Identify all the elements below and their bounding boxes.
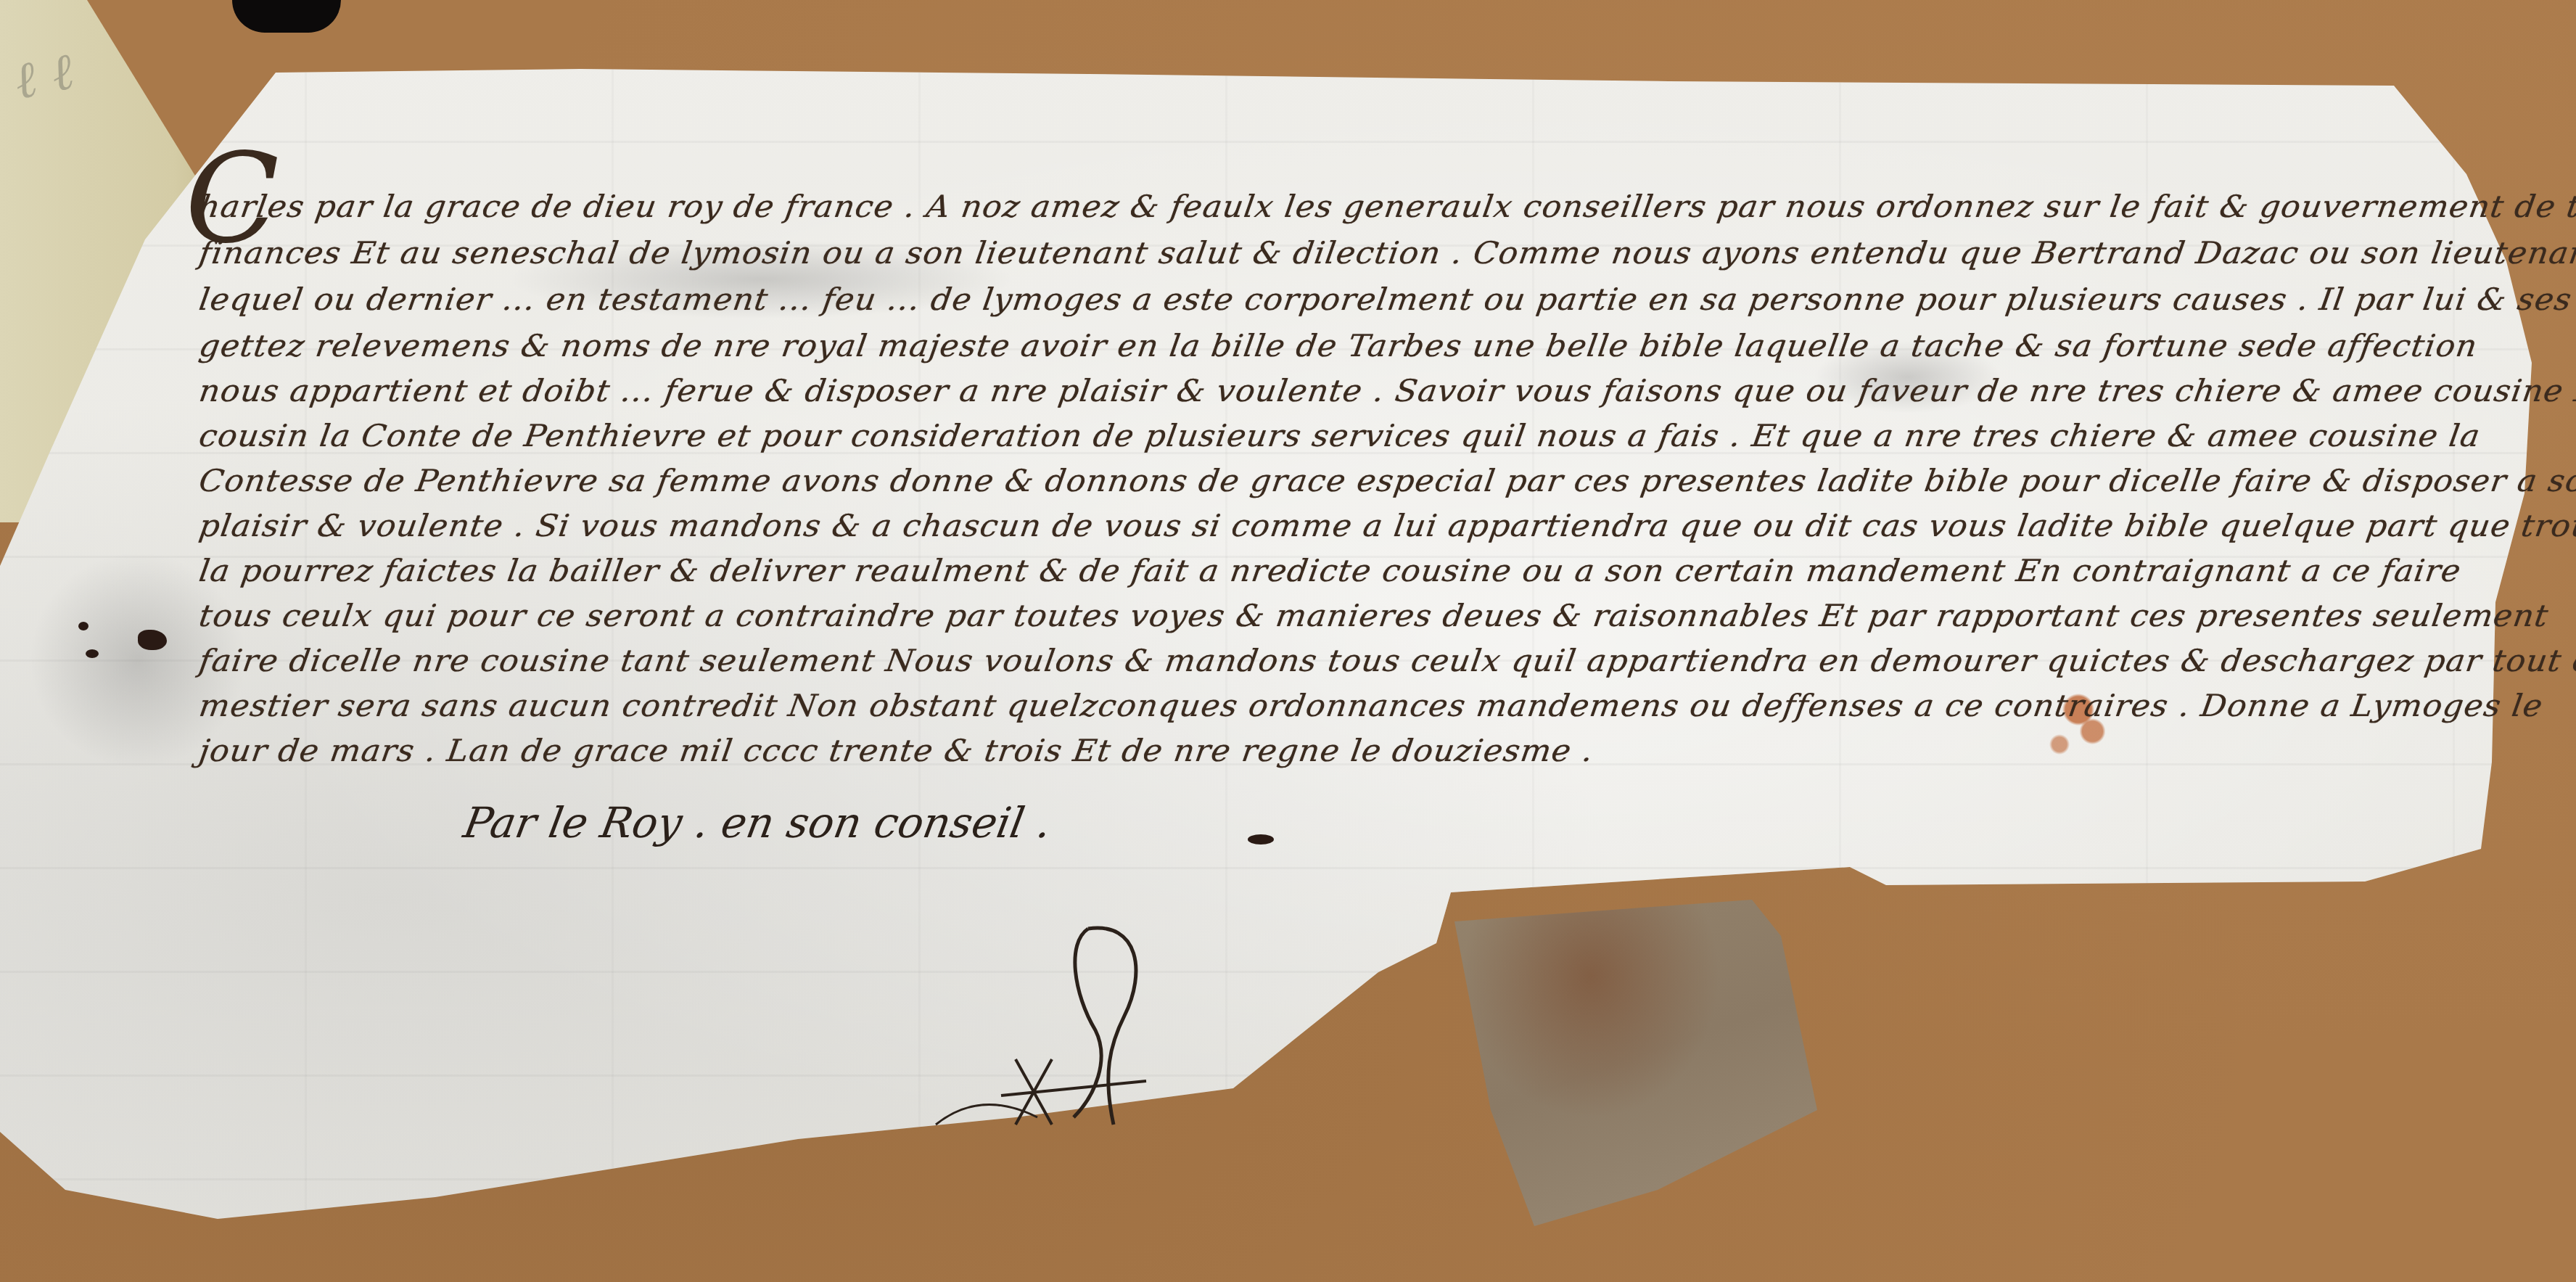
- text-line-2: finances Et au seneschal de lymosin ou a…: [199, 235, 2485, 276]
- adjacent-document-marks: ℓ ℓ: [9, 38, 80, 115]
- text-line-6: cousin la Conte de Penthievre et pour co…: [199, 418, 2485, 459]
- signature-par-le-roy: Par le Roy . en son conseil .: [460, 798, 1055, 847]
- text-line-8: plaisir & voulente . Si vous mandons & a…: [199, 508, 2485, 548]
- black-object-top: [232, 0, 341, 33]
- ink-spot: [1248, 834, 1274, 845]
- paraph-flourish-icon: [907, 914, 1161, 1132]
- text-line-3: lequel ou dernier ... en testament ... f…: [199, 282, 2485, 322]
- text-line-7: Contesse de Penthievre sa femme avons do…: [199, 463, 2485, 504]
- text-line-13: jour de mars . Lan de grace mil cccc tre…: [199, 733, 2485, 773]
- text-line-10: tous ceulx qui pour ce seront a contrain…: [199, 598, 2485, 638]
- charter-text: harles par la grace de dieu roy de franc…: [199, 203, 2485, 731]
- text-line-4: gettez relevemens & noms de nre royal ma…: [199, 328, 2485, 369]
- ink-spot: [138, 630, 167, 650]
- text-line-1: harles par la grace de dieu roy de franc…: [199, 189, 2485, 229]
- text-line-12: mestier sera sans aucun contredit Non ob…: [199, 688, 2485, 728]
- text-line-9: la pourrez faictes la bailler & delivrer…: [199, 553, 2485, 593]
- text-line-11: faire dicelle nre cousine tant seulement…: [199, 643, 2485, 683]
- ink-spot: [78, 622, 89, 630]
- text-line-5: nous appartient et doibt ... ferue & dis…: [199, 373, 2485, 414]
- ink-spot: [86, 649, 99, 658]
- seal-tag: [1440, 892, 1817, 1226]
